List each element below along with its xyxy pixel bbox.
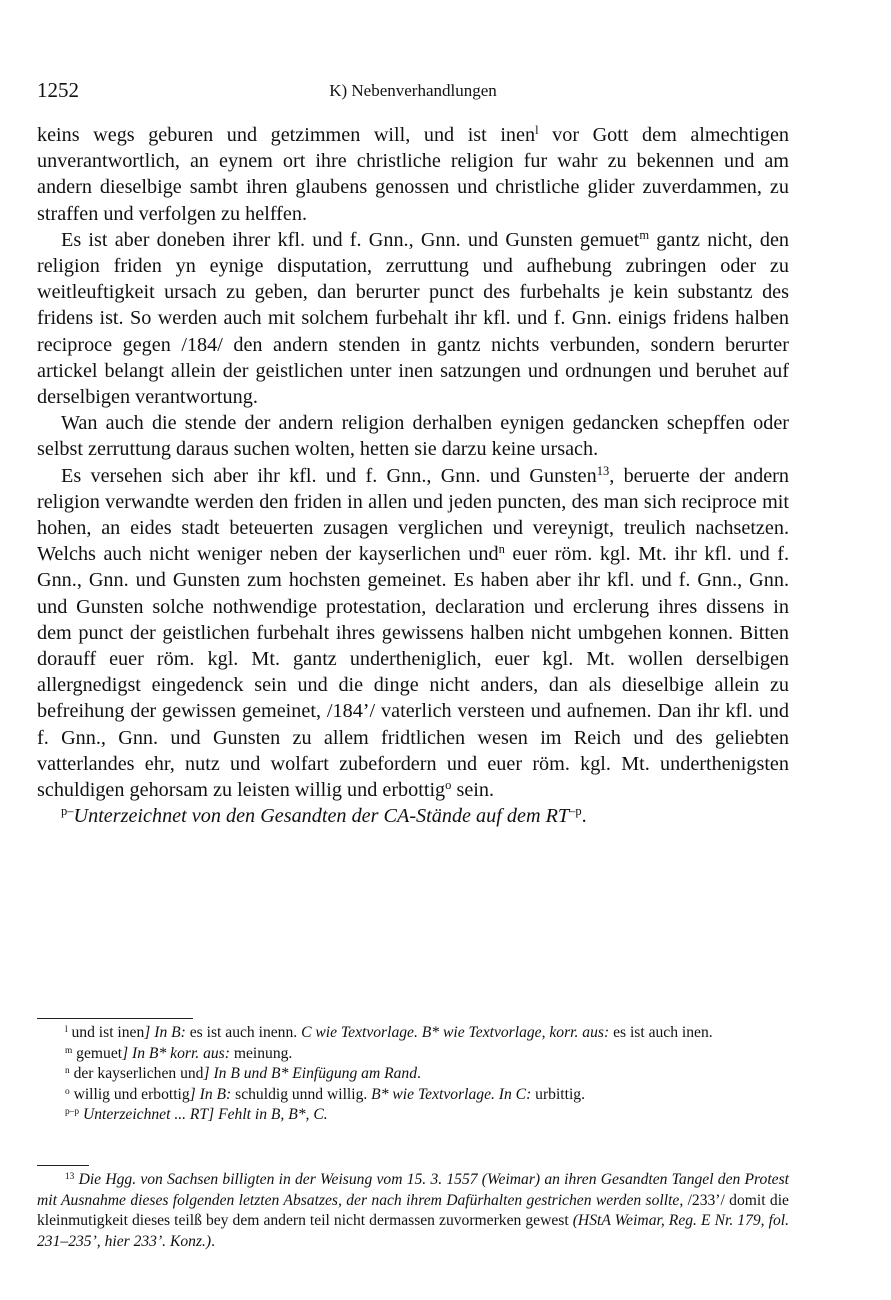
text-apparatus: l und ist inen] In B: es ist auch inenn.… — [37, 1023, 789, 1126]
footnotes: 13 Die Hgg. von Sachsen billigten in der… — [37, 1170, 789, 1252]
note-ref-p-open[interactable]: p– — [61, 804, 74, 818]
apparatus-note-p: p–p Unterzeichnet ... RT] Fehlt in B, B*… — [37, 1105, 789, 1126]
paragraph-signature: p–Unterzeichnet von den Gesandten der CA… — [37, 803, 789, 829]
footnote-ref-13[interactable]: 13 — [597, 464, 610, 478]
apparatus-note-o: o willig und erbottig] In B: schuldig un… — [37, 1085, 789, 1106]
running-header: 1252 K) Nebenverhandlungen — [37, 78, 789, 106]
paragraph-1: keins wegs geburen und getzimmen will, u… — [37, 122, 789, 227]
apparatus-note-l: l und ist inen] In B: es ist auch inenn.… — [37, 1023, 789, 1044]
note-ref-p-close[interactable]: –p — [569, 804, 582, 818]
paragraph-2: Es ist aber doneben ihrer kfl. und f. Gn… — [37, 227, 789, 410]
paragraph-3: Wan auch die stende der andern religion … — [37, 410, 789, 462]
apparatus-rule — [37, 1018, 193, 1019]
footnote-13: 13 Die Hgg. von Sachsen billigten in der… — [37, 1170, 789, 1252]
apparatus-note-m: m gemuet] In B* korr. aus: meinung. — [37, 1044, 789, 1065]
note-ref-m[interactable]: m — [639, 228, 649, 242]
footnote-rule — [37, 1165, 89, 1166]
running-title: K) Nebenverhandlungen — [37, 81, 789, 101]
apparatus-note-n: n der kayserlichen und] In B und B* Einf… — [37, 1064, 789, 1085]
main-text: keins wegs geburen und getzimmen will, u… — [37, 122, 789, 829]
paragraph-4: Es versehen sich aber ihr kfl. und f. Gn… — [37, 463, 789, 804]
